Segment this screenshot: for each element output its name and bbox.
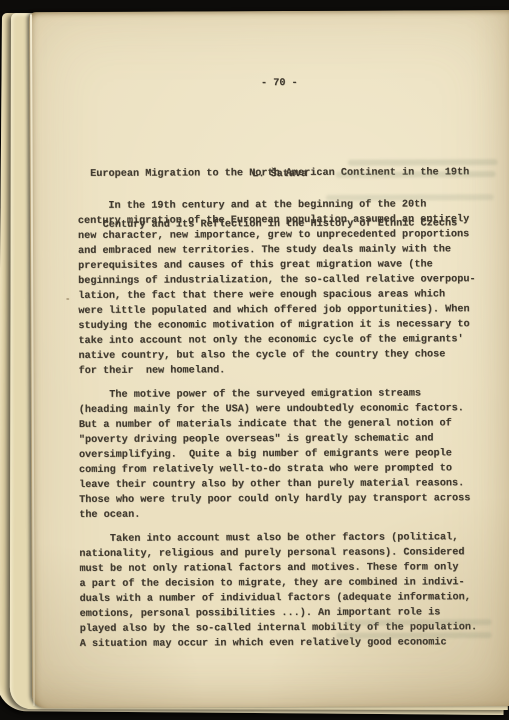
ink-bleed-through <box>336 171 496 178</box>
text-line: duals with a number of individual factor… <box>80 590 484 607</box>
text-line: Taken into account must also be other fa… <box>79 530 483 547</box>
text-line: But a number of materials indicate that … <box>79 416 483 433</box>
text-line: leave their country also by other than p… <box>79 476 483 493</box>
text-line: (heading mainly for the USA) were undoub… <box>79 401 483 418</box>
text-line: take into account not only the economic … <box>78 332 482 349</box>
ink-bleed-through <box>348 159 498 166</box>
ink-bleed-through <box>326 194 494 201</box>
text-line: prerequisites and causes of this great m… <box>78 257 482 274</box>
text-line: and embraced new territories. The study … <box>78 242 482 259</box>
paper-speck <box>66 298 69 300</box>
page-number: - 70 - <box>77 77 481 90</box>
text-line: lation, the fact that there were enough … <box>78 287 482 304</box>
text-line: Those who were truly poor could only har… <box>79 491 483 508</box>
paragraph: In the 19th century and at the beginning… <box>78 197 483 379</box>
text-line: beginnings of industrialization, the so-… <box>78 272 482 289</box>
page-fold-highlight <box>30 14 35 706</box>
ink-bleed-through <box>336 632 492 639</box>
text-line: oversimplifying. Quite a big number of e… <box>79 446 483 463</box>
text-line: coming from relatively well-to-do strata… <box>79 461 483 478</box>
ink-bleed-through <box>344 619 492 626</box>
text-line: nationality, religious and purely person… <box>79 545 483 562</box>
text-line: native country, but also the cycle of th… <box>78 347 482 364</box>
scanned-book-photo: - 70 - European Migration to the North A… <box>0 0 509 720</box>
book-page: - 70 - European Migration to the North A… <box>29 10 509 708</box>
text-line: were little populated and which offered … <box>78 302 482 319</box>
text-line: The motive power of the surveyed emigrat… <box>79 386 483 403</box>
text-line: studying the economic motivation of migr… <box>78 317 482 334</box>
text-line: for their new homeland. <box>79 362 483 379</box>
text-line: new character, new importance, grew to u… <box>78 227 482 244</box>
text-line: the ocean. <box>79 506 483 523</box>
paragraph: The motive power of the surveyed emigrat… <box>79 386 484 523</box>
text-line: a part of the decision to migrate, they … <box>79 575 483 592</box>
body-text: In the 19th century and at the beginning… <box>78 197 484 652</box>
text-line: must be not only rational factors and mo… <box>79 560 483 577</box>
text-line: century migration of the European popula… <box>78 212 482 229</box>
text-line: "poverty driving people overseas" is gre… <box>79 431 483 448</box>
paper-speck <box>262 289 265 292</box>
